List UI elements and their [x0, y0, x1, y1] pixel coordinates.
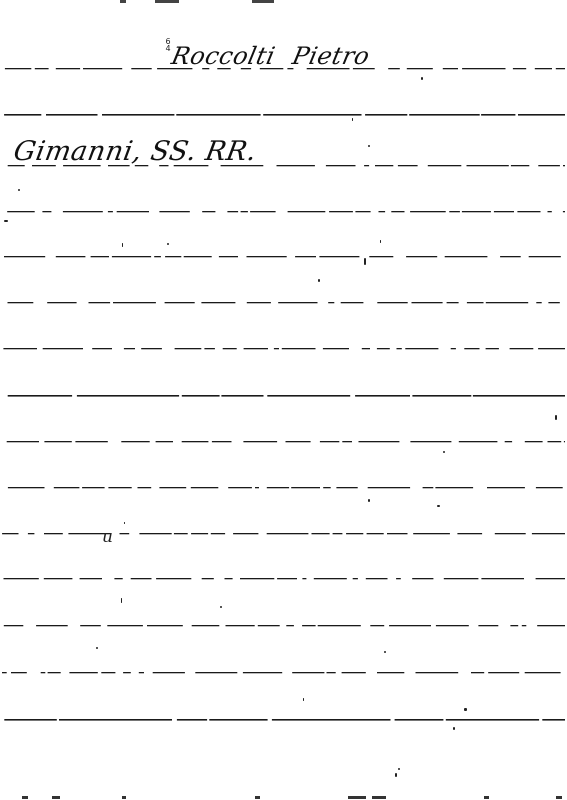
ruled-line [0, 441, 567, 443]
ink-speck [368, 499, 370, 502]
ink-speck [398, 768, 400, 770]
ruled-line [0, 578, 567, 580]
ink-speck [303, 698, 304, 701]
ink-speck [318, 279, 320, 282]
ink-speck [167, 243, 169, 245]
ruled-line [0, 256, 567, 258]
ink-speck [96, 647, 98, 649]
ruled-line [0, 672, 567, 674]
ink-speck [18, 189, 20, 191]
ruled-line [0, 114, 567, 116]
ink-speck [4, 220, 8, 222]
ink-speck [380, 240, 381, 243]
ink-speck [395, 773, 397, 777]
ink-speck [384, 651, 386, 653]
ruled-line [0, 719, 567, 721]
ink-speck [421, 77, 423, 80]
handwritten-name-entry: RoccoltiPietro [169, 42, 372, 70]
ink-speck [364, 258, 366, 265]
ink-speck [368, 145, 370, 147]
cropped-top-text-fragment [120, 0, 280, 6]
ink-speck [124, 522, 125, 524]
ruled-line [0, 533, 567, 535]
ink-speck [437, 505, 440, 507]
ruled-line [0, 211, 567, 213]
superscript-annotation: 6 4 [165, 38, 171, 52]
stray-handwritten-mark: u [102, 527, 113, 547]
ruled-line [0, 487, 567, 489]
ink-speck [443, 451, 445, 453]
ink-speck [352, 118, 353, 121]
ink-speck [220, 606, 222, 608]
given-name-text: Pietro [290, 42, 373, 70]
ruled-line [0, 395, 567, 397]
ruled-line [0, 302, 567, 304]
ink-speck [453, 727, 455, 730]
ink-speck [122, 243, 123, 247]
document-page: 6 4 RoccoltiPietro Gimanni, SS. RR. u [0, 0, 567, 800]
ink-speck [121, 598, 122, 603]
ink-speck [464, 708, 467, 711]
surname-text: Roccolti [169, 42, 278, 70]
ruled-line [0, 625, 567, 627]
ruled-line [0, 348, 567, 350]
handwritten-affiliation-entry: Gimanni, SS. RR. [11, 136, 259, 167]
ink-speck [555, 415, 557, 420]
